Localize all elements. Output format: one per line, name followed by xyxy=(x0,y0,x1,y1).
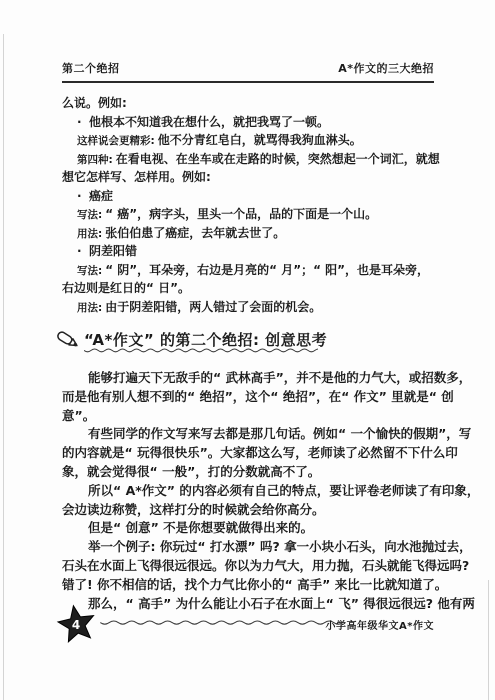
header-left-title: 第二个绝招 xyxy=(62,60,120,76)
line-label: 用法: xyxy=(77,228,102,240)
line-text: 象，就会觉得很“ 一般”，打的分数就高不了。 xyxy=(62,464,320,479)
footer-book-title: 小学高年级华文A*作文 xyxy=(326,617,434,632)
text-line: 用法:由于阴差阳错，两人错过了会面的机会。 xyxy=(62,298,440,317)
text-line: 第四种:在看电视、在坐车或在走路的时候，突然想起一个词汇，就想 xyxy=(62,150,440,169)
text-line: 想它怎样写、怎样用。例如: xyxy=(62,168,440,187)
text-line: ·癌症 xyxy=(62,187,440,206)
line-text: 能够打遍天下无敌手的“ 武林高手”，并不是他的力气大，或招数多， xyxy=(88,370,471,385)
bullet-dot: · xyxy=(77,187,89,206)
text-line: 能够打遍天下无敌手的“ 武林高手”，并不是他的力气大，或招数多， xyxy=(62,369,440,388)
text-line: ·他根本不知道我在想什么，就把我骂了一顿。 xyxy=(62,113,440,132)
bullet-dot: · xyxy=(77,113,89,132)
text-line: ·阴差阳错 xyxy=(62,242,440,261)
pen-icon xyxy=(56,328,80,352)
line-text: 错了! 你不相信的话，找个力气比你小的“ 高手” 来比一比就知道了。 xyxy=(62,577,447,592)
line-label: 写法: xyxy=(77,265,102,277)
section-heading-title: “A*作文” 的第二个绝招: 创意思考 xyxy=(84,329,327,350)
line-text: 他不分青红皂白，就骂得我狗血淋头。 xyxy=(158,133,362,147)
line-text: 所以“ A*作文” 的内容必须有自己的特点，要让评卷老师读了有印象， xyxy=(88,483,479,498)
wavy-underline xyxy=(84,348,318,353)
line-text: 但是“ 创意” 不是你想要就做得出来的。 xyxy=(88,520,313,535)
line-text: 阴差阳错 xyxy=(89,244,137,258)
line-text: 么说。例如: xyxy=(62,96,127,110)
text-line: 所以“ A*作文” 的内容必须有自己的特点，要让评卷老师读了有印象， xyxy=(62,482,440,501)
header-right-title: A*作文的三大绝招 xyxy=(338,60,434,76)
text-line: 写法:“ 癌”，病字头，里头一个品，品的下面是一个山。 xyxy=(62,205,440,224)
text-line: 用法:张伯伯患了癌症，去年就去世了。 xyxy=(62,224,440,243)
scan-edge-right xyxy=(488,580,489,700)
line-text: 意”。 xyxy=(62,408,95,423)
text-line: 意”。 xyxy=(62,407,440,426)
line-text: 由于阴差阳错，两人错过了会面的机会。 xyxy=(105,300,321,314)
text-line: 会边读边称赞，这样打分的时候就会给你高分。 xyxy=(62,501,440,520)
line-text: 右边则是红日的“ 日”。 xyxy=(62,281,190,295)
line-label: 写法: xyxy=(77,209,102,221)
line-text: 他根本不知道我在想什么，就把我骂了一顿。 xyxy=(89,115,329,129)
section-creative-thinking: 能够打遍天下无敌手的“ 武林高手”，并不是他的力气大，或招数多，而是他有别人想不… xyxy=(62,369,440,613)
line-text: 石头在水面上飞得很远很远。你以为力气大，用力抛，石头就能飞得远吗? xyxy=(62,558,469,573)
text-line: 象，就会觉得很“ 一般”，打的分数就高不了。 xyxy=(62,463,440,482)
footer-wavy-line xyxy=(100,620,342,625)
bullet-dot: · xyxy=(77,242,89,261)
line-text: 的内容就是“ 玩得很快乐”。大家都这么写，老师读了必然留不下什么印 xyxy=(62,445,458,460)
line-text: 而是他有别人想不到的“ 绝招”，这个“ 绝招”，在“ 作文” 里就是“ 创 xyxy=(62,389,454,404)
page-header: 第二个绝招 A*作文的三大绝招 xyxy=(62,60,434,83)
line-text: 癌症 xyxy=(89,189,113,203)
page-number: 4 xyxy=(72,618,80,632)
line-text: “ 阴”，耳朵旁，右边是月亮的“ 月”；“ 阳”，也是耳朵旁， xyxy=(105,263,429,277)
text-line: 有些同学的作文写来写去都是那几句话。例如“ 一个愉快的假期”，写 xyxy=(62,425,440,444)
text-line: 那么，“ 高手” 为什么能让小石子在水面上“ 飞” 得很远很远? 他有两 xyxy=(62,595,440,614)
line-text: 想它怎样写、怎样用。例如: xyxy=(62,170,211,184)
section-word-examples: 么说。例如:·他根本不知道我在想什么，就把我骂了一顿。这样说会更精彩:他不分青红… xyxy=(62,94,440,316)
line-text: 在看电视、在坐车或在走路的时候，突然想起一个词汇，就想 xyxy=(116,152,440,166)
line-text: 那么，“ 高手” 为什么能让小石子在水面上“ 飞” 得很远很远? 他有两 xyxy=(88,596,475,611)
star-icon: 4 xyxy=(56,604,96,644)
line-label: 这样说会更精彩: xyxy=(77,135,155,147)
text-line: 写法:“ 阴”，耳朵旁，右边是月亮的“ 月”；“ 阳”，也是耳朵旁， xyxy=(62,261,440,280)
text-line: 么说。例如: xyxy=(62,94,440,113)
book-page: 第二个绝招 A*作文的三大绝招 么说。例如:·他根本不知道我在想什么，就把我骂了… xyxy=(0,0,495,700)
scan-edge-left xyxy=(3,34,4,700)
line-text: 举一个例子: 你玩过“ 打水漂” 吗? 拿一小块小石头，向水池抛过去， xyxy=(88,539,472,554)
text-line: 但是“ 创意” 不是你想要就做得出来的。 xyxy=(62,519,440,538)
line-label: 第四种: xyxy=(77,154,113,166)
text-line: 右边则是红日的“ 日”。 xyxy=(62,279,440,298)
text-line: 的内容就是“ 玩得很快乐”。大家都这么写，老师读了必然留不下什么印 xyxy=(62,444,440,463)
text-line: 石头在水面上飞得很远很远。你以为力气大，用力抛，石头就能飞得远吗? xyxy=(62,557,440,576)
text-line: 错了! 你不相信的话，找个力气比你小的“ 高手” 来比一比就知道了。 xyxy=(62,576,440,595)
line-label: 用法: xyxy=(77,302,102,314)
line-text: “ 癌”，病字头，里头一个品，品的下面是一个山。 xyxy=(105,207,377,221)
line-text: 有些同学的作文写来写去都是那几句话。例如“ 一个愉快的假期”，写 xyxy=(88,426,471,441)
text-line: 这样说会更精彩:他不分青红皂白，就骂得我狗血淋头。 xyxy=(62,131,440,150)
text-line: 而是他有别人想不到的“ 绝招”，这个“ 绝招”，在“ 作文” 里就是“ 创 xyxy=(62,388,440,407)
line-text: 会边读边称赞，这样打分的时候就会给你高分。 xyxy=(62,502,325,517)
text-line: 举一个例子: 你玩过“ 打水漂” 吗? 拿一小块小石头，向水池抛过去， xyxy=(62,538,440,557)
line-text: 张伯伯患了癌症，去年就去世了。 xyxy=(105,226,285,240)
